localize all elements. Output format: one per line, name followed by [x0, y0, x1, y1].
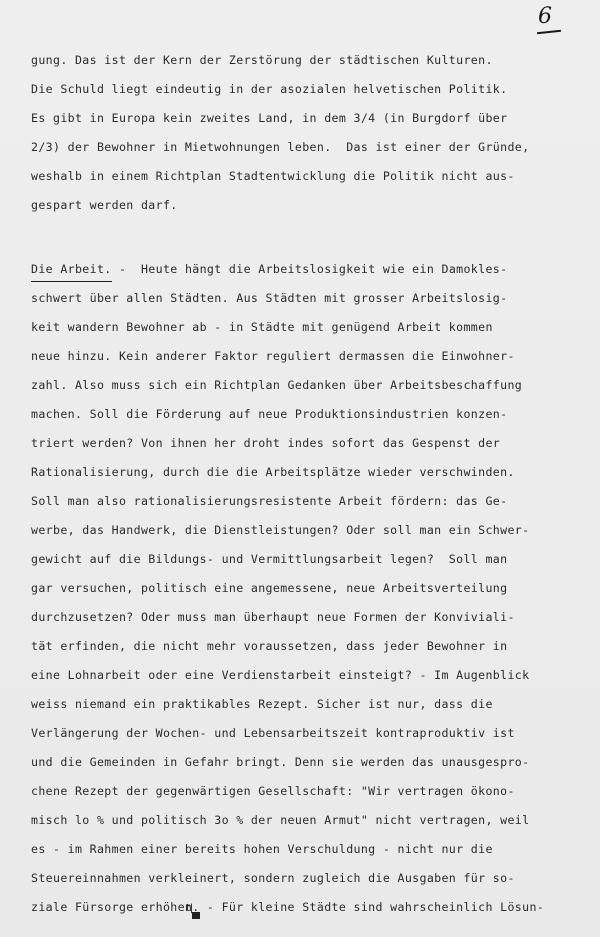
- document-page: 6 gung. Das ist der Kern der Zerstörung …: [0, 0, 600, 937]
- section-heading-arbeit: Die Arbeit.: [31, 262, 112, 276]
- line-text: neue hinzu. Kein anderer Faktor regulier…: [31, 349, 515, 363]
- line-text: Rationalisierung, durch die die Arbeitsp…: [31, 465, 515, 479]
- text-line: schwert über allen Städten. Aus Städten …: [31, 291, 507, 305]
- text-line: gung. Das ist der Kern der Zerstörung de…: [31, 53, 493, 67]
- text-line: es - im Rahmen einer bereits hohen Versc…: [31, 842, 493, 856]
- line-text: gar versuchen, politisch eine angemessen…: [31, 581, 507, 595]
- text-line: triert werden? Von ihnen her droht indes…: [31, 436, 500, 450]
- line-text: chene Rezept der gegenwärtigen Gesellsch…: [31, 784, 515, 798]
- line-text: misch lo % und politisch 3o % der neuen …: [31, 813, 529, 827]
- text-line: Soll man also rationalisierungsresistent…: [31, 494, 507, 508]
- line-text: gespart werden darf.: [31, 198, 178, 212]
- line-text: Es gibt in Europa kein zweites Land, in …: [31, 111, 507, 125]
- text-line: durchzusetzen? Oder muss man überhaupt n…: [31, 610, 515, 624]
- page-number: 6: [538, 4, 552, 29]
- line-text: weiss niemand ein praktikables Rezept. S…: [31, 697, 493, 711]
- ink-blot-correction: [192, 912, 200, 919]
- text-line: Rationalisierung, durch die die Arbeitsp…: [31, 465, 515, 479]
- line-text: gewicht auf die Bildungs- und Vermittlun…: [31, 552, 507, 566]
- line-text: 2/3) der Bewohner in Mietwohnungen leben…: [31, 140, 529, 154]
- line-text: ziale Fürsorge erhöhen. - Für kleine Stä…: [31, 900, 544, 914]
- text-line: Steuereinnahmen verkleinert, sondern zug…: [31, 871, 515, 885]
- line-text: - Heute hängt die Arbeitslosigkeit wie e…: [112, 262, 508, 276]
- text-line: gewicht auf die Bildungs- und Vermittlun…: [31, 552, 507, 566]
- line-text: durchzusetzen? Oder muss man überhaupt n…: [31, 610, 515, 624]
- line-text: zahl. Also muss sich ein Richtplan Gedan…: [31, 378, 522, 392]
- text-line: zahl. Also muss sich ein Richtplan Gedan…: [31, 378, 522, 392]
- line-text: Steuereinnahmen verkleinert, sondern zug…: [31, 871, 515, 885]
- text-line: tät erfinden, die nicht mehr voraussetze…: [31, 639, 507, 653]
- line-text: keit wandern Bewohner ab - in Städte mit…: [31, 320, 493, 334]
- text-line: weiss niemand ein praktikables Rezept. S…: [31, 697, 493, 711]
- text-line: und die Gemeinden in Gefahr bringt. Denn…: [31, 755, 529, 769]
- line-text: es - im Rahmen einer bereits hohen Versc…: [31, 842, 493, 856]
- line-text: tät erfinden, die nicht mehr voraussetze…: [31, 639, 507, 653]
- line-text: Soll man also rationalisierungsresistent…: [31, 494, 507, 508]
- line-text: machen. Soll die Förderung auf neue Prod…: [31, 407, 507, 421]
- text-line: keit wandern Bewohner ab - in Städte mit…: [31, 320, 493, 334]
- text-line: gespart werden darf.: [31, 198, 178, 212]
- text-line: misch lo % und politisch 3o % der neuen …: [31, 813, 529, 827]
- text-line: werbe, das Handwerk, die Dienstleistunge…: [31, 523, 529, 537]
- line-text: eine Lohnarbeit oder eine Verdienstarbei…: [31, 668, 529, 682]
- text-line: weshalb in einem Richtplan Stadtentwickl…: [31, 169, 515, 183]
- text-line: Es gibt in Europa kein zweites Land, in …: [31, 111, 507, 125]
- text-line: Verlängerung der Wochen- und Lebensarbei…: [31, 726, 515, 740]
- text-line: ziale Fürsorge erhöhen. - Für kleine Stä…: [31, 900, 544, 914]
- text-line: chene Rezept der gegenwärtigen Gesellsch…: [31, 784, 515, 798]
- text-line: eine Lohnarbeit oder eine Verdienstarbei…: [31, 668, 529, 682]
- line-text: und die Gemeinden in Gefahr bringt. Denn…: [31, 755, 529, 769]
- text-line: Die Schuld liegt eindeutig in der asozia…: [31, 82, 507, 96]
- line-text: gung. Das ist der Kern der Zerstörung de…: [31, 53, 493, 67]
- line-text: triert werden? Von ihnen her droht indes…: [31, 436, 500, 450]
- text-line: gar versuchen, politisch eine angemessen…: [31, 581, 507, 595]
- line-text: Die Schuld liegt eindeutig in der asozia…: [31, 82, 507, 96]
- page-number-underline: [537, 30, 561, 34]
- text-line: 2/3) der Bewohner in Mietwohnungen leben…: [31, 140, 529, 154]
- line-text: werbe, das Handwerk, die Dienstleistunge…: [31, 523, 529, 537]
- text-line: machen. Soll die Förderung auf neue Prod…: [31, 407, 507, 421]
- line-text: Verlängerung der Wochen- und Lebensarbei…: [31, 726, 515, 740]
- heading-line: Die Arbeit. - Heute hängt die Arbeitslos…: [31, 262, 507, 276]
- line-text: schwert über allen Städten. Aus Städten …: [31, 291, 507, 305]
- text-line: neue hinzu. Kein anderer Faktor regulier…: [31, 349, 515, 363]
- line-text: weshalb in einem Richtplan Stadtentwickl…: [31, 169, 515, 183]
